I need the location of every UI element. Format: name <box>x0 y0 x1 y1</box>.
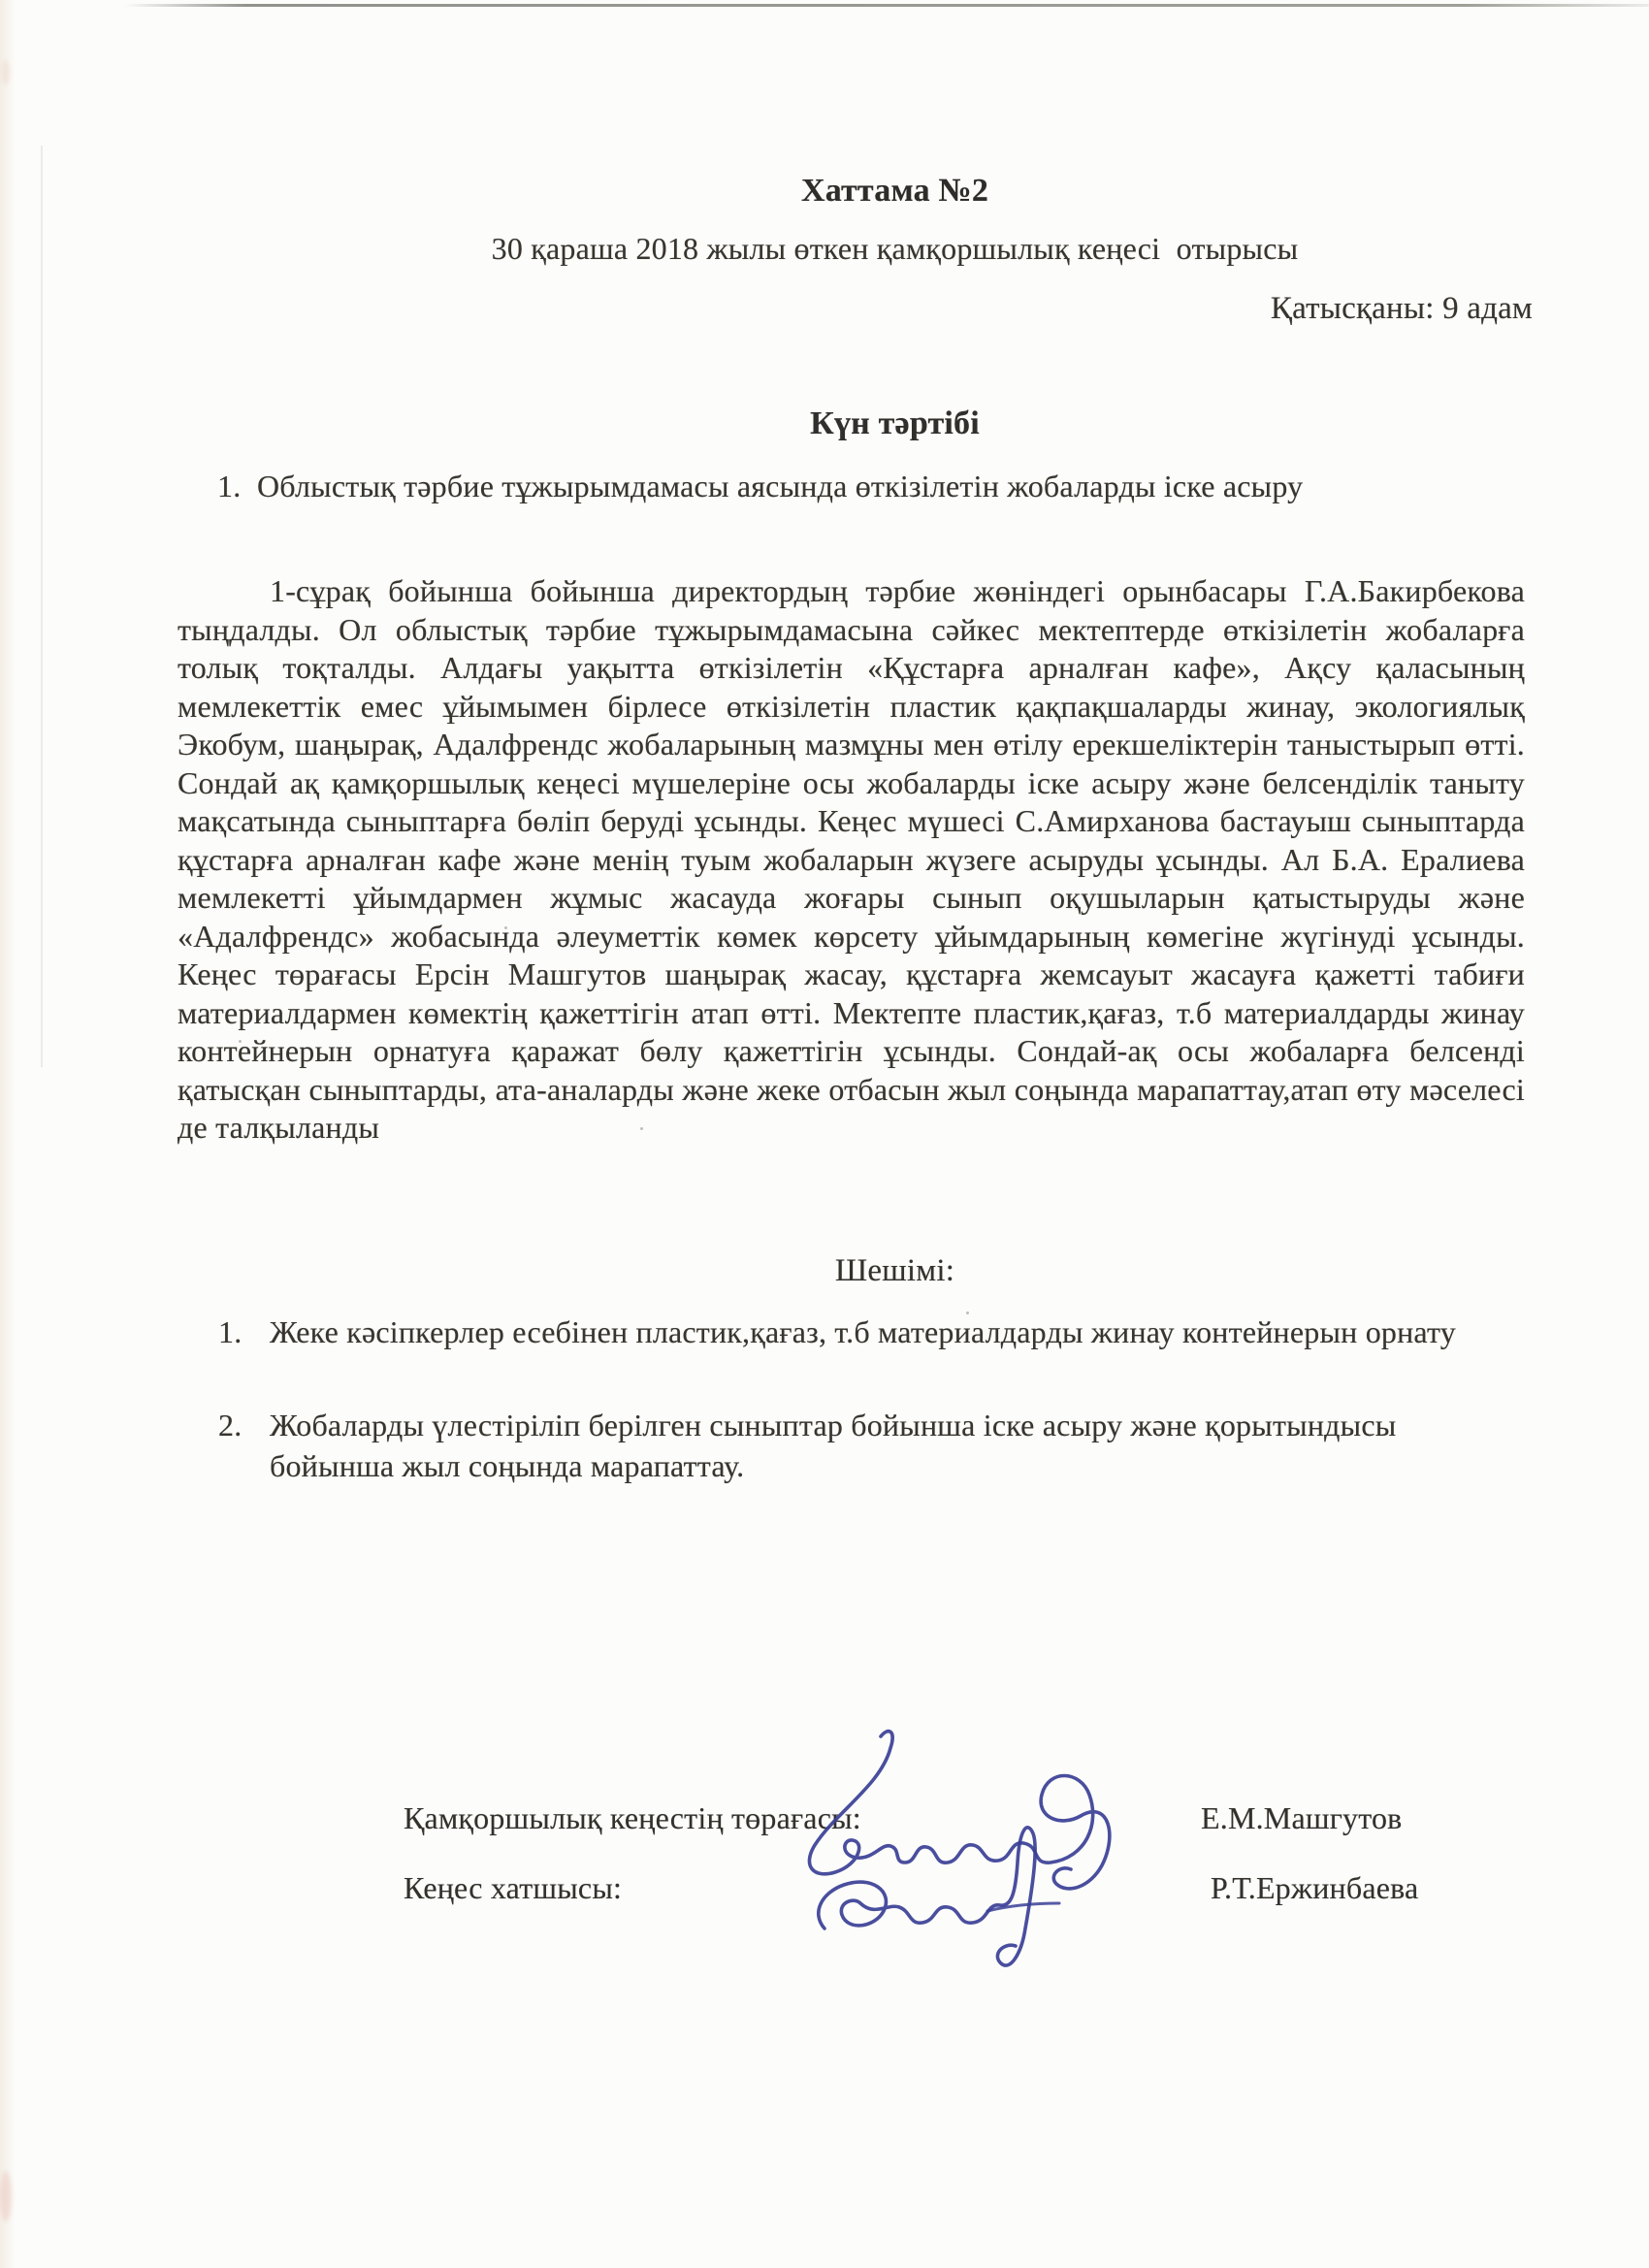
signature-name-chairman: Е.М.Машгутов <box>1201 1800 1403 1836</box>
signature-name-secretary: Р.Т.Ержинбаева <box>1211 1870 1418 1906</box>
signature-role-secretary: Кеңес хатшысы: <box>404 1870 622 1906</box>
scan-left-edge-shade <box>0 0 16 2268</box>
date-line: 30 қараша 2018 жылы өткен қамқоршылық ке… <box>221 231 1568 267</box>
scanned-protocol-page: Хаттама №2 30 қараша 2018 жылы өткен қам… <box>0 0 1649 2268</box>
resolution-item: 1. Жеке кәсіпкерлер есебінен пластик,қағ… <box>218 1312 1491 1352</box>
scan-top-edge-line <box>124 4 1649 7</box>
signature-chairman-ink <box>809 1732 1109 1889</box>
resolution-item-number: 2. <box>218 1405 270 1486</box>
resolution-item-text: Жобаларды үлестіріліп берілген сыныптар … <box>270 1405 1491 1486</box>
page-title: Хаттама №2 <box>221 173 1568 210</box>
minutes-paragraph: 1-сұрақ бойынша бойынша директордың тәрб… <box>178 572 1525 1148</box>
resolution-item-text: Жеке кәсіпкерлер есебінен пластик,қағаз,… <box>270 1312 1456 1352</box>
scan-smudge <box>0 2171 12 2221</box>
agenda-item: 1. Облыстық тәрбие тұжырымдамасы аясында… <box>217 466 1523 506</box>
scan-left-crease <box>41 146 43 1067</box>
agenda-heading: Күн тәртібі <box>221 405 1568 442</box>
attendance-line: Қатысқаны: 9 адам <box>178 291 1533 327</box>
resolution-heading: Шешімі: <box>221 1253 1568 1289</box>
agenda-item-text: Облыстық тәрбие тұжырымдамасы аясында өт… <box>257 466 1303 506</box>
agenda-item-number: 1. <box>217 466 257 506</box>
resolution-item: 2. Жобаларды үлестіріліп берілген сыныпт… <box>218 1405 1491 1486</box>
resolution-item-number: 1. <box>218 1312 270 1352</box>
scan-smudge <box>2 60 10 85</box>
signature-ink <box>766 1719 1174 2000</box>
